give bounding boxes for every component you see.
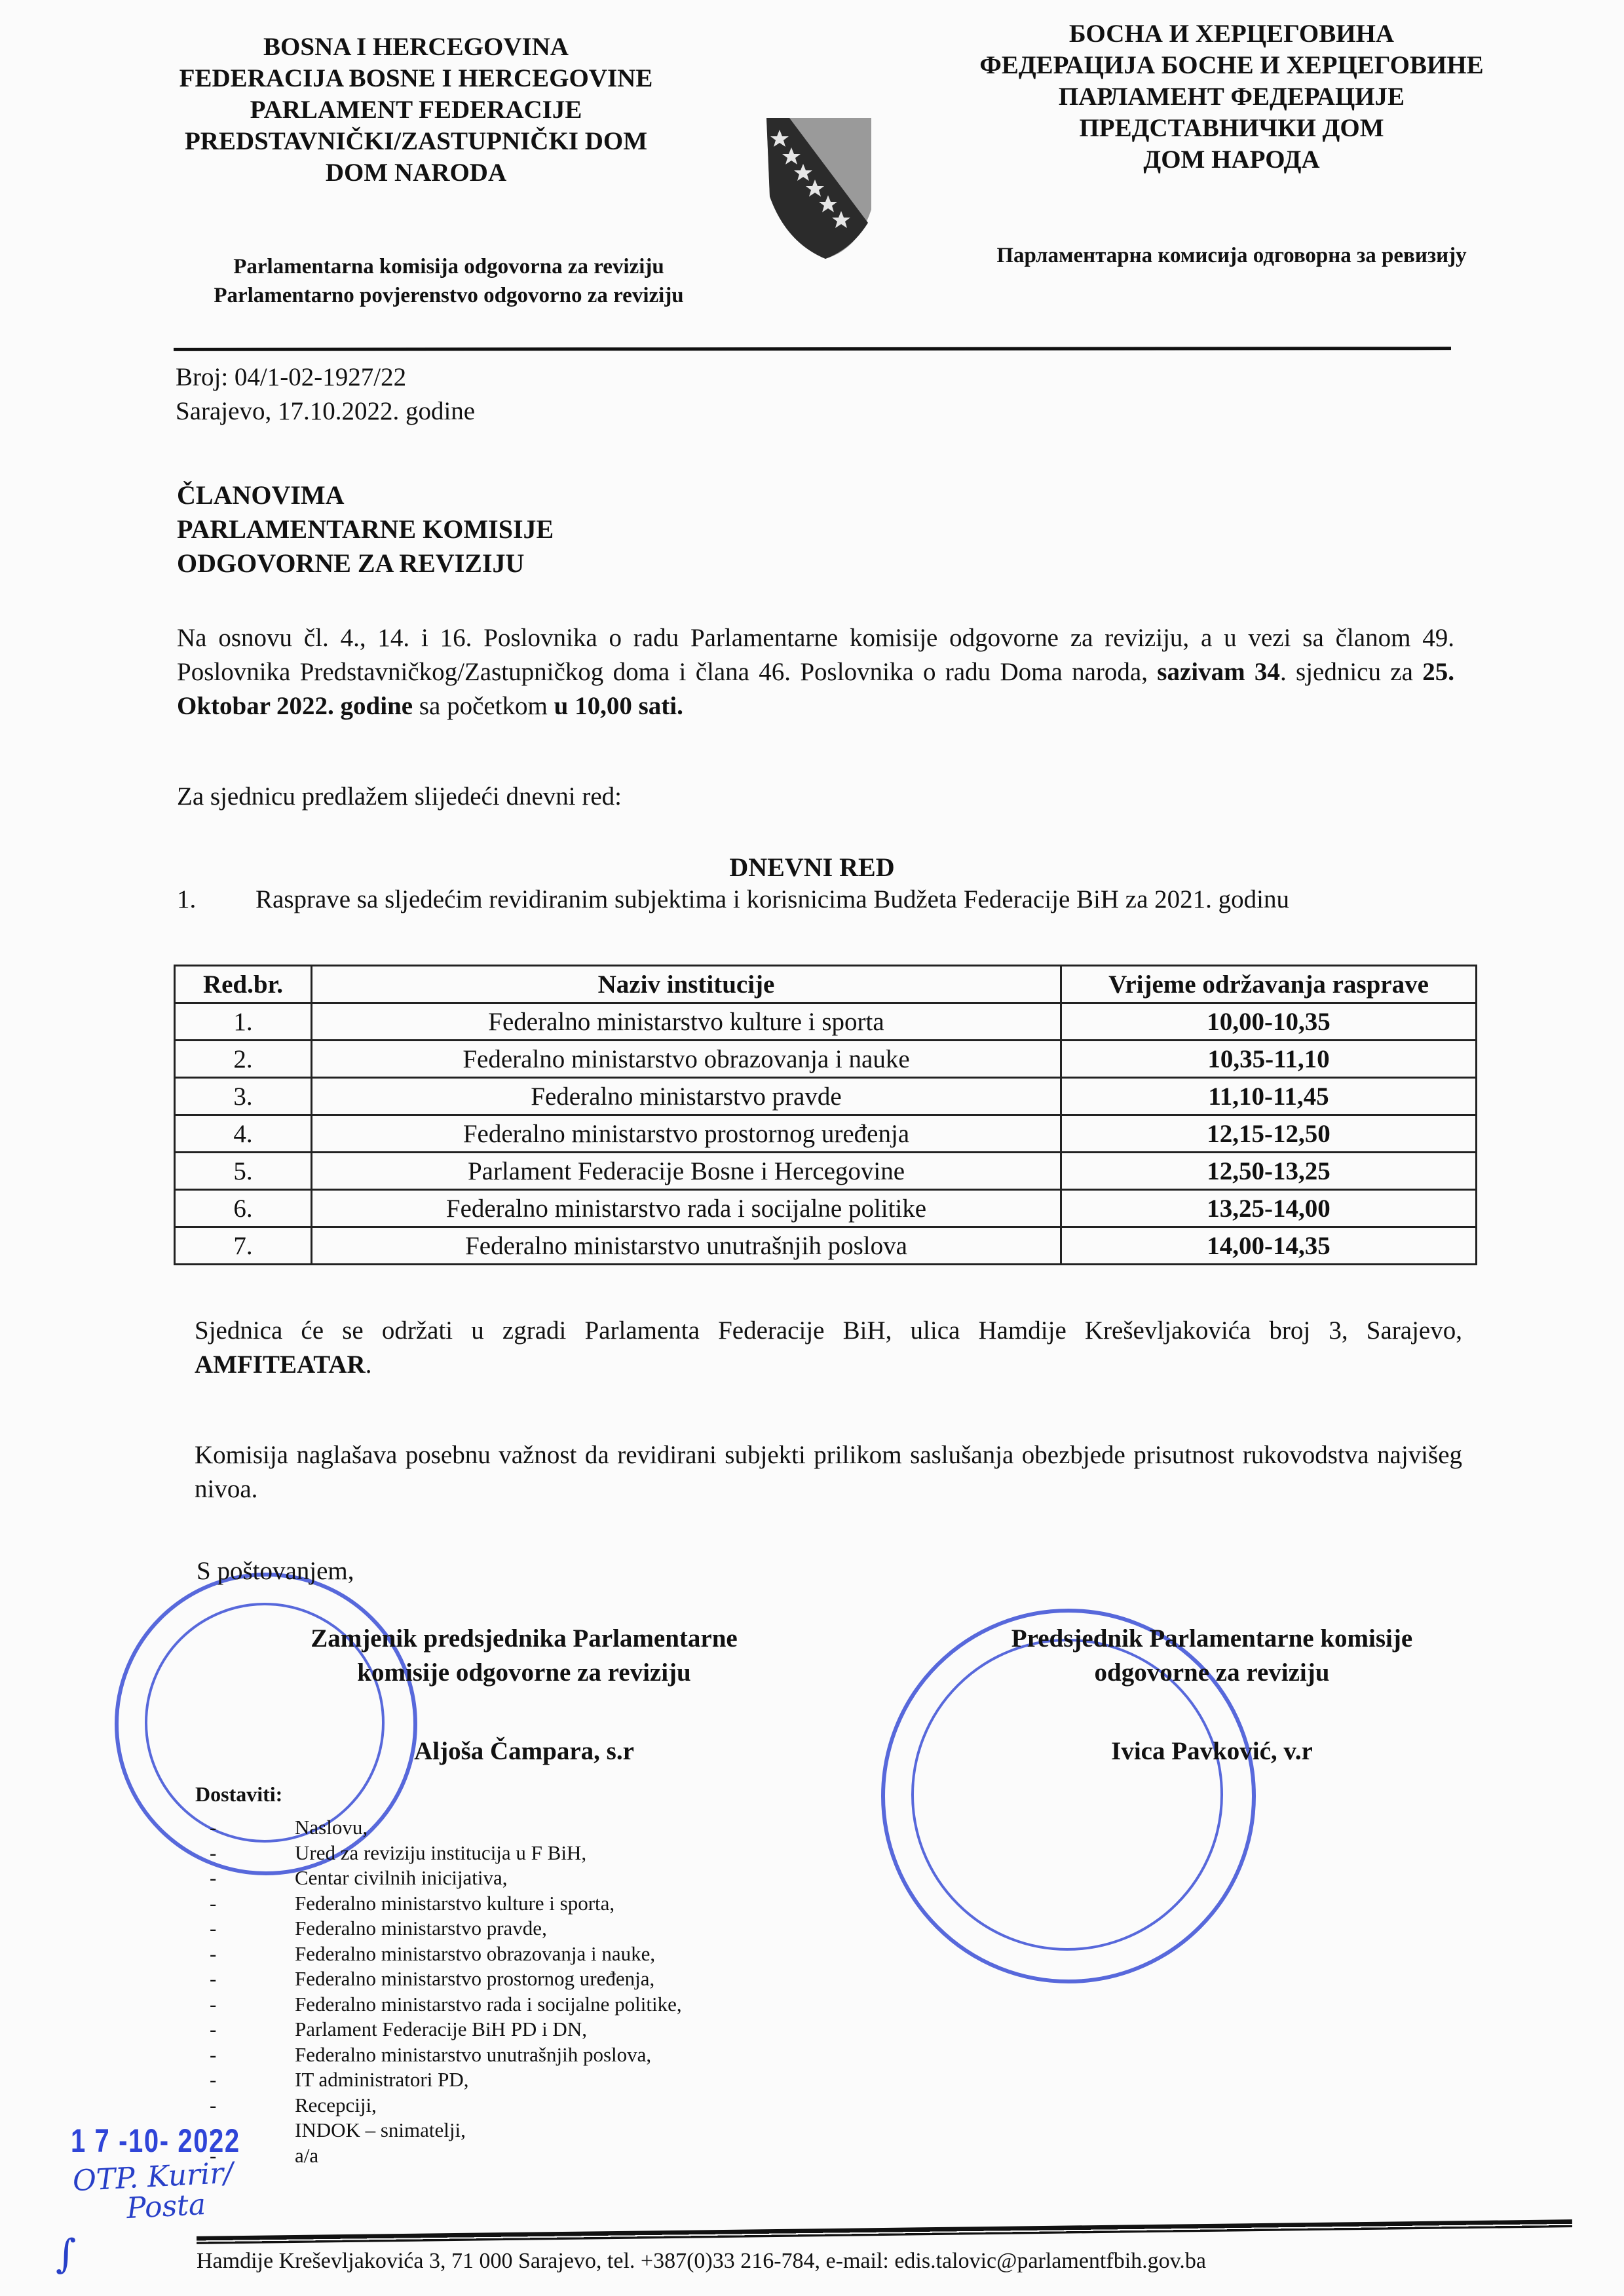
distribution-label: Dostaviti: bbox=[195, 1782, 282, 1807]
institution-name: Federalno ministarstvo kulture i sporta bbox=[312, 1003, 1061, 1041]
distribution-list: Naslovu,Ured za reviziju institucija u F… bbox=[210, 1815, 682, 2168]
list-item: a/a bbox=[210, 2143, 682, 2169]
hearing-time: 13,25-14,00 bbox=[1061, 1190, 1477, 1227]
received-date-stamp: 1 7 -10- 2022 bbox=[71, 2122, 240, 2160]
table-header-row: Red.br. Naziv institucije Vrijeme održav… bbox=[175, 966, 1477, 1003]
document-number: Broj: 04/1-02-1927/22 bbox=[176, 360, 475, 394]
document-meta: Broj: 04/1-02-1927/22 Sarajevo, 17.10.20… bbox=[176, 360, 475, 429]
list-item: Federalno ministarstvo pravde, bbox=[210, 1916, 682, 1942]
list-item: INDOK – snimatelji, bbox=[210, 2118, 682, 2143]
signatory-name: Ivica Pavković, v.r bbox=[930, 1734, 1494, 1769]
list-item: IT administratori PD, bbox=[210, 2067, 682, 2093]
coat-of-arms-icon bbox=[760, 111, 878, 262]
venue-paragraph: Sjednica će se održati u zgradi Parlamen… bbox=[195, 1314, 1462, 1382]
row-number: 3. bbox=[175, 1078, 312, 1115]
addressee-line: ČLANOVIMA bbox=[177, 478, 554, 512]
header-line: ПРЕДСТАВНИЧКИ ДОМ bbox=[917, 113, 1546, 144]
intro-paragraph: Na osnovu čl. 4., 14. i 16. Poslovnika o… bbox=[177, 621, 1454, 723]
row-number: 1. bbox=[175, 1003, 312, 1041]
table-row: 6.Federalno ministarstvo rada i socijaln… bbox=[175, 1190, 1477, 1227]
hearing-schedule-table: Red.br. Naziv institucije Vrijeme održav… bbox=[174, 965, 1477, 1265]
list-item: Federalno ministarstvo unutrašnjih poslo… bbox=[210, 2042, 682, 2068]
hearing-time: 10,00-10,35 bbox=[1061, 1003, 1477, 1041]
handwritten-initials-icon: ∫ bbox=[56, 2231, 76, 2277]
venue-text: Sjednica će se održati u zgradi Parlamen… bbox=[195, 1316, 1462, 1345]
institution-name: Federalno ministarstvo pravde bbox=[312, 1078, 1061, 1115]
intro-text: sa početkom bbox=[413, 692, 554, 720]
commission-name-latin: Parlamentarna komisija odgovorna za revi… bbox=[147, 252, 750, 310]
list-item: Centar civilnih inicijativa, bbox=[210, 1865, 682, 1891]
header-line: ДОМ НАРОДА bbox=[917, 144, 1546, 176]
table-row: 3.Federalno ministarstvo pravde11,10-11,… bbox=[175, 1078, 1477, 1115]
commission-line: Parlamentarna komisija odgovorna za revi… bbox=[147, 252, 750, 281]
addressee-line: ODGOVORNE ZA REVIZIJU bbox=[177, 546, 554, 581]
signatory-title: odgovorne za reviziju bbox=[930, 1656, 1494, 1690]
header-line: BOSNA I HERCEGOVINA bbox=[147, 31, 685, 63]
list-item: Federalno ministarstvo kulture i sporta, bbox=[210, 1891, 682, 1917]
column-header: Naziv institucije bbox=[312, 966, 1061, 1003]
table-row: 5.Parlament Federacije Bosne i Hercegovi… bbox=[175, 1153, 1477, 1190]
column-header: Vrijeme održavanja rasprave bbox=[1061, 966, 1477, 1003]
institution-name: Federalno ministarstvo prostornog uređen… bbox=[312, 1115, 1061, 1153]
hearing-time: 12,15-12,50 bbox=[1061, 1115, 1477, 1153]
header-left-latin: BOSNA I HERCEGOVINA FEDERACIJA BOSNE I H… bbox=[147, 31, 685, 189]
row-number: 7. bbox=[175, 1227, 312, 1265]
footer-divider bbox=[197, 2219, 1572, 2244]
venue-room: AMFITEATAR bbox=[195, 1350, 366, 1379]
emphasis-paragraph: Komisija naglašava posebnu važnost da re… bbox=[195, 1438, 1462, 1506]
commission-line: Parlamentarno povjerenstvo odgovorno za … bbox=[147, 281, 750, 310]
agenda-item-number: 1. bbox=[177, 883, 196, 916]
header-right-cyrillic: БОСНА И ХЕРЦЕГОВИНА ФЕДЕРАЦИЈА БОСНЕ И Х… bbox=[917, 18, 1546, 176]
header-line: FEDERACIJA BOSNE I HERCEGOVINE bbox=[147, 63, 685, 94]
institution-name: Federalno ministarstvo rada i socijalne … bbox=[312, 1190, 1061, 1227]
row-number: 4. bbox=[175, 1115, 312, 1153]
institution-name: Parlament Federacije Bosne i Hercegovine bbox=[312, 1153, 1061, 1190]
list-item: Ured za reviziju institucija u F BiH, bbox=[210, 1841, 682, 1866]
signatory-name: Aljoša Čampara, s.r bbox=[210, 1734, 839, 1769]
intro-text: . sjednicu za bbox=[1280, 658, 1422, 686]
header-line: DOM NARODA bbox=[147, 157, 685, 189]
table-row: 4.Federalno ministarstvo prostornog uređ… bbox=[175, 1115, 1477, 1153]
signature-block-deputy: Zamjenik predsjednika Parlamentarne komi… bbox=[210, 1622, 839, 1769]
agenda-item-text: Rasprave sa sljedećim revidiranim subjek… bbox=[255, 883, 1422, 916]
session-time: u 10,00 sati. bbox=[554, 692, 683, 720]
agenda-title: DNEVNI RED bbox=[0, 852, 1624, 883]
session-number: sazivam 34 bbox=[1157, 658, 1280, 686]
signature-block-president: Predsjednik Parlamentarne komisije odgov… bbox=[930, 1622, 1494, 1769]
header-line: ПАРЛАМЕНТ ФЕДЕРАЦИЈЕ bbox=[917, 81, 1546, 113]
hearing-time: 11,10-11,45 bbox=[1061, 1078, 1477, 1115]
footer-contact: Hamdije Kreševljakovića 3, 71 000 Saraje… bbox=[197, 2249, 1206, 2274]
signatory-title: komisije odgovorne za reviziju bbox=[210, 1656, 839, 1690]
list-item: Naslovu, bbox=[210, 1815, 682, 1841]
row-number: 6. bbox=[175, 1190, 312, 1227]
column-header: Red.br. bbox=[175, 966, 312, 1003]
list-item: Federalno ministarstvo prostornog uređen… bbox=[210, 1966, 682, 1992]
hearing-time: 10,35-11,10 bbox=[1061, 1041, 1477, 1078]
venue-end: . bbox=[366, 1350, 372, 1379]
header-divider bbox=[174, 347, 1451, 351]
list-item: Parlament Federacije BiH PD i DN, bbox=[210, 2017, 682, 2042]
table-row: 1.Federalno ministarstvo kulture i sport… bbox=[175, 1003, 1477, 1041]
proposal-text: Za sjednicu predlažem slijedeći dnevni r… bbox=[177, 780, 1029, 814]
hearing-time: 12,50-13,25 bbox=[1061, 1153, 1477, 1190]
header-line: PARLAMENT FEDERACIJE bbox=[147, 94, 685, 126]
closing-salutation: S poštovanjem, bbox=[197, 1556, 354, 1586]
commission-name-cyrillic: Парламентарна комисија одговорна за реви… bbox=[904, 241, 1559, 270]
institution-name: Federalno ministarstvo obrazovanja i nau… bbox=[312, 1041, 1061, 1078]
list-item: Federalno ministarstvo obrazovanja i nau… bbox=[210, 1942, 682, 1967]
header-line: БОСНА И ХЕРЦЕГОВИНА bbox=[917, 18, 1546, 50]
header-line: PREDSTAVNIČKI/ZASTUPNIČKI DOM bbox=[147, 126, 685, 157]
list-item: Federalno ministarstvo rada i socijalne … bbox=[210, 1992, 682, 2018]
addressee-line: PARLAMENTARNE KOMISIJE bbox=[177, 512, 554, 546]
table-row: 2.Federalno ministarstvo obrazovanja i n… bbox=[175, 1041, 1477, 1078]
handwritten-note: OTP. Kurir/ Posta bbox=[72, 2158, 236, 2227]
row-number: 2. bbox=[175, 1041, 312, 1078]
signatory-title: Predsjednik Parlamentarne komisije bbox=[930, 1622, 1494, 1656]
list-item: Recepciji, bbox=[210, 2093, 682, 2118]
document-place-date: Sarajevo, 17.10.2022. godine bbox=[176, 394, 475, 429]
institution-name: Federalno ministarstvo unutrašnjih poslo… bbox=[312, 1227, 1061, 1265]
row-number: 5. bbox=[175, 1153, 312, 1190]
hearing-time: 14,00-14,35 bbox=[1061, 1227, 1477, 1265]
header-line: ФЕДЕРАЦИЈА БОСНЕ И ХЕРЦЕГОВИНЕ bbox=[917, 50, 1546, 81]
addressee: ČLANOVIMA PARLAMENTARNE KOMISIJE ODGOVOR… bbox=[177, 478, 554, 581]
signatory-title: Zamjenik predsjednika Parlamentarne bbox=[210, 1622, 839, 1656]
table-row: 7.Federalno ministarstvo unutrašnjih pos… bbox=[175, 1227, 1477, 1265]
